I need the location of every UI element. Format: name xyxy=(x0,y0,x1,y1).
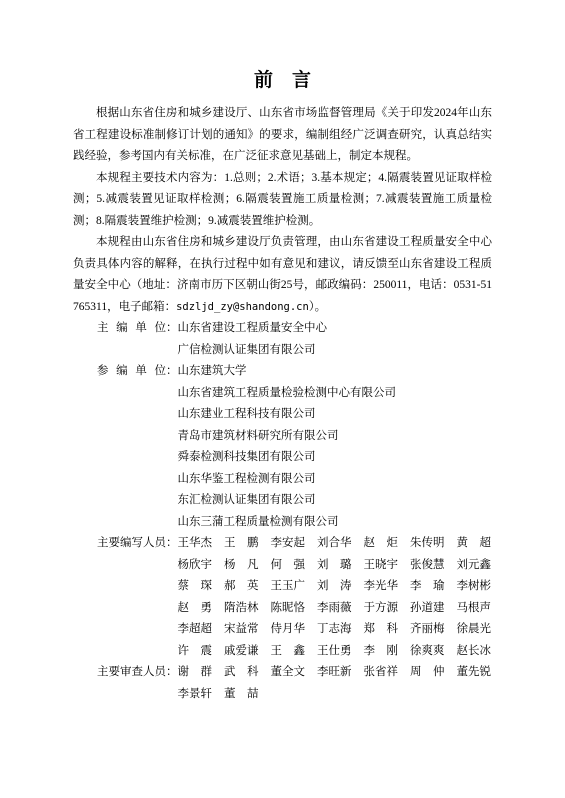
chief-editor-label: 主编单位 xyxy=(97,318,166,340)
person-name: 赵勇 xyxy=(178,598,213,620)
page-title: 前 言 xyxy=(73,68,492,94)
person-name: 孙道建 xyxy=(410,598,445,620)
person-name: 谢群 xyxy=(178,662,213,684)
person-name: 朱传明 xyxy=(410,533,445,555)
writer-row: 李超超宋益常侍月华丁志海郑科齐丽梅徐晨光 xyxy=(178,619,493,641)
person-name: 蔡琛 xyxy=(178,576,213,598)
unit-name: 山东三蒲工程质量检测有限公司 xyxy=(178,512,493,534)
chief-editor-section: 主编单位： 山东省建设工程质量安全中心广信检测认证集团有限公司 xyxy=(73,318,492,361)
person-name: 王鑫 xyxy=(271,641,306,663)
unit-name: 东汇检测认证集团有限公司 xyxy=(178,490,493,512)
unit-name: 山东华鉴工程检测有限公司 xyxy=(178,469,493,491)
writer-row: 王华杰王鹏李安起刘合华赵炬朱传明黄超 xyxy=(178,533,493,555)
person-name: 武科 xyxy=(224,662,259,684)
paragraph-basis: 根据山东省住房和城乡建设厅、山东省市场监督管理局《关于印发2024年山东省工程建… xyxy=(73,103,492,168)
reviewers-colon: ： xyxy=(166,662,178,684)
person-name: 于方源 xyxy=(364,598,399,620)
person-name: 李雨薇 xyxy=(317,598,352,620)
unit-name: 广信检测认证集团有限公司 xyxy=(178,340,493,362)
person-name: 郝英 xyxy=(224,576,259,598)
person-name: 陈昵恪 xyxy=(271,598,306,620)
person-name: 郑科 xyxy=(364,619,399,641)
unit-name: 山东建业工程科技有限公司 xyxy=(178,404,493,426)
writers-label: 主要编写人员 xyxy=(97,533,166,555)
co-editor-label: 参编单位 xyxy=(97,361,166,383)
reviewer-row: 李景轩董喆 xyxy=(178,684,493,706)
reviewer-row: 谢群武科董全文李旺新张省祥周仲董先锐 xyxy=(178,662,493,684)
unit-name: 山东建筑大学 xyxy=(178,361,493,383)
person-name: 刘合华 xyxy=(317,533,352,555)
person-name: 赵长冰 xyxy=(457,641,492,663)
person-name: 隋浩林 xyxy=(224,598,259,620)
person-name: 丁志海 xyxy=(317,619,352,641)
paragraph-technical-contents: 本规程主要技术内容为：1.总则；2.术语；3.基本规定；4.隔震装置见证取样检测… xyxy=(73,168,492,233)
person-name: 黄超 xyxy=(457,533,492,555)
paragraph-management-end: ）。 xyxy=(309,301,326,313)
person-name: 李刚 xyxy=(364,641,399,663)
writers-section: 主要编写人员： 王华杰王鹏李安起刘合华赵炬朱传明黄超 杨欣宇杨凡何强刘璐王晓宇张… xyxy=(73,533,492,662)
writer-row: 赵勇隋浩林陈昵恪李雨薇于方源孙道建马根声 xyxy=(178,598,493,620)
person-name: 戚爱谦 xyxy=(224,641,259,663)
person-name: 张俊慧 xyxy=(410,555,445,577)
person-name: 齐丽梅 xyxy=(410,619,445,641)
person-name: 董喆 xyxy=(224,684,259,706)
person-name: 李光华 xyxy=(364,576,399,598)
co-editor-section: 参编单位： 山东建筑大学山东省建筑工程质量检验检测中心有限公司山东建业工程科技有… xyxy=(73,361,492,533)
person-name: 许震 xyxy=(178,641,213,663)
person-name: 李旺新 xyxy=(317,662,352,684)
person-name: 张省祥 xyxy=(364,662,399,684)
person-name: 董全文 xyxy=(271,662,306,684)
document-page: 前 言 根据山东省住房和城乡建设厅、山东省市场监督管理局《关于印发2024年山东… xyxy=(0,0,565,798)
person-name: 董先锐 xyxy=(457,662,492,684)
unit-name: 青岛市建筑材料研究所有限公司 xyxy=(178,426,493,448)
reviewers-label: 主要审查人员 xyxy=(97,662,166,684)
unit-name: 舜泰检测科技集团有限公司 xyxy=(178,447,493,469)
person-name: 周仲 xyxy=(410,662,445,684)
chief-editor-colon: ： xyxy=(166,318,178,340)
person-name: 马根声 xyxy=(457,598,492,620)
unit-name: 山东省建筑工程质量检验检测中心有限公司 xyxy=(178,383,493,405)
person-name: 王鹏 xyxy=(224,533,259,555)
paragraph-management: 本规程由山东省住房和城乡建设厅负责管理，由山东省建设工程质量安全中心负责具体内容… xyxy=(73,232,492,318)
reviewers-grid: 谢群武科董全文李旺新张省祥周仲董先锐 李景轩董喆 xyxy=(178,662,493,705)
person-name: 李树彬 xyxy=(457,576,492,598)
email-address: sdzljd_zy@shandong.cn xyxy=(176,301,309,313)
unit-name: 山东省建设工程质量安全中心 xyxy=(178,318,493,340)
reviewers-section: 主要审查人员： 谢群武科董全文李旺新张省祥周仲董先锐 李景轩董喆 xyxy=(73,662,492,705)
writers-colon: ： xyxy=(166,533,178,555)
writer-row: 杨欣宇杨凡何强刘璐王晓宇张俊慧刘元鑫 xyxy=(178,555,493,577)
co-editor-units: 山东建筑大学山东省建筑工程质量检验检测中心有限公司山东建业工程科技有限公司青岛市… xyxy=(178,361,493,533)
writer-row: 蔡琛郝英王玉广刘涛李光华李瑜李树彬 xyxy=(178,576,493,598)
person-name: 王华杰 xyxy=(178,533,213,555)
co-editor-colon: ： xyxy=(166,361,178,383)
person-name: 赵炬 xyxy=(364,533,399,555)
person-name: 王玉广 xyxy=(271,576,306,598)
person-name: 李安起 xyxy=(271,533,306,555)
writer-row: 许震戚爱谦王鑫王仕勇李刚徐爽爽赵长冰 xyxy=(178,641,493,663)
person-name: 李景轩 xyxy=(178,684,213,706)
person-name: 刘璐 xyxy=(317,555,352,577)
person-name: 李超超 xyxy=(178,619,213,641)
person-name: 侍月华 xyxy=(271,619,306,641)
person-name: 徐爽爽 xyxy=(410,641,445,663)
person-name: 何强 xyxy=(271,555,306,577)
person-name: 王晓宇 xyxy=(364,555,399,577)
chief-editor-units: 山东省建设工程质量安全中心广信检测认证集团有限公司 xyxy=(178,318,493,361)
writers-grid: 王华杰王鹏李安起刘合华赵炬朱传明黄超 杨欣宇杨凡何强刘璐王晓宇张俊慧刘元鑫 蔡琛… xyxy=(178,533,493,662)
person-name: 王仕勇 xyxy=(317,641,352,663)
person-name: 杨凡 xyxy=(224,555,259,577)
person-name: 徐晨光 xyxy=(457,619,492,641)
person-name: 杨欣宇 xyxy=(178,555,213,577)
person-name: 刘涛 xyxy=(317,576,352,598)
person-name: 宋益常 xyxy=(224,619,259,641)
person-name: 李瑜 xyxy=(410,576,445,598)
person-name: 刘元鑫 xyxy=(457,555,492,577)
